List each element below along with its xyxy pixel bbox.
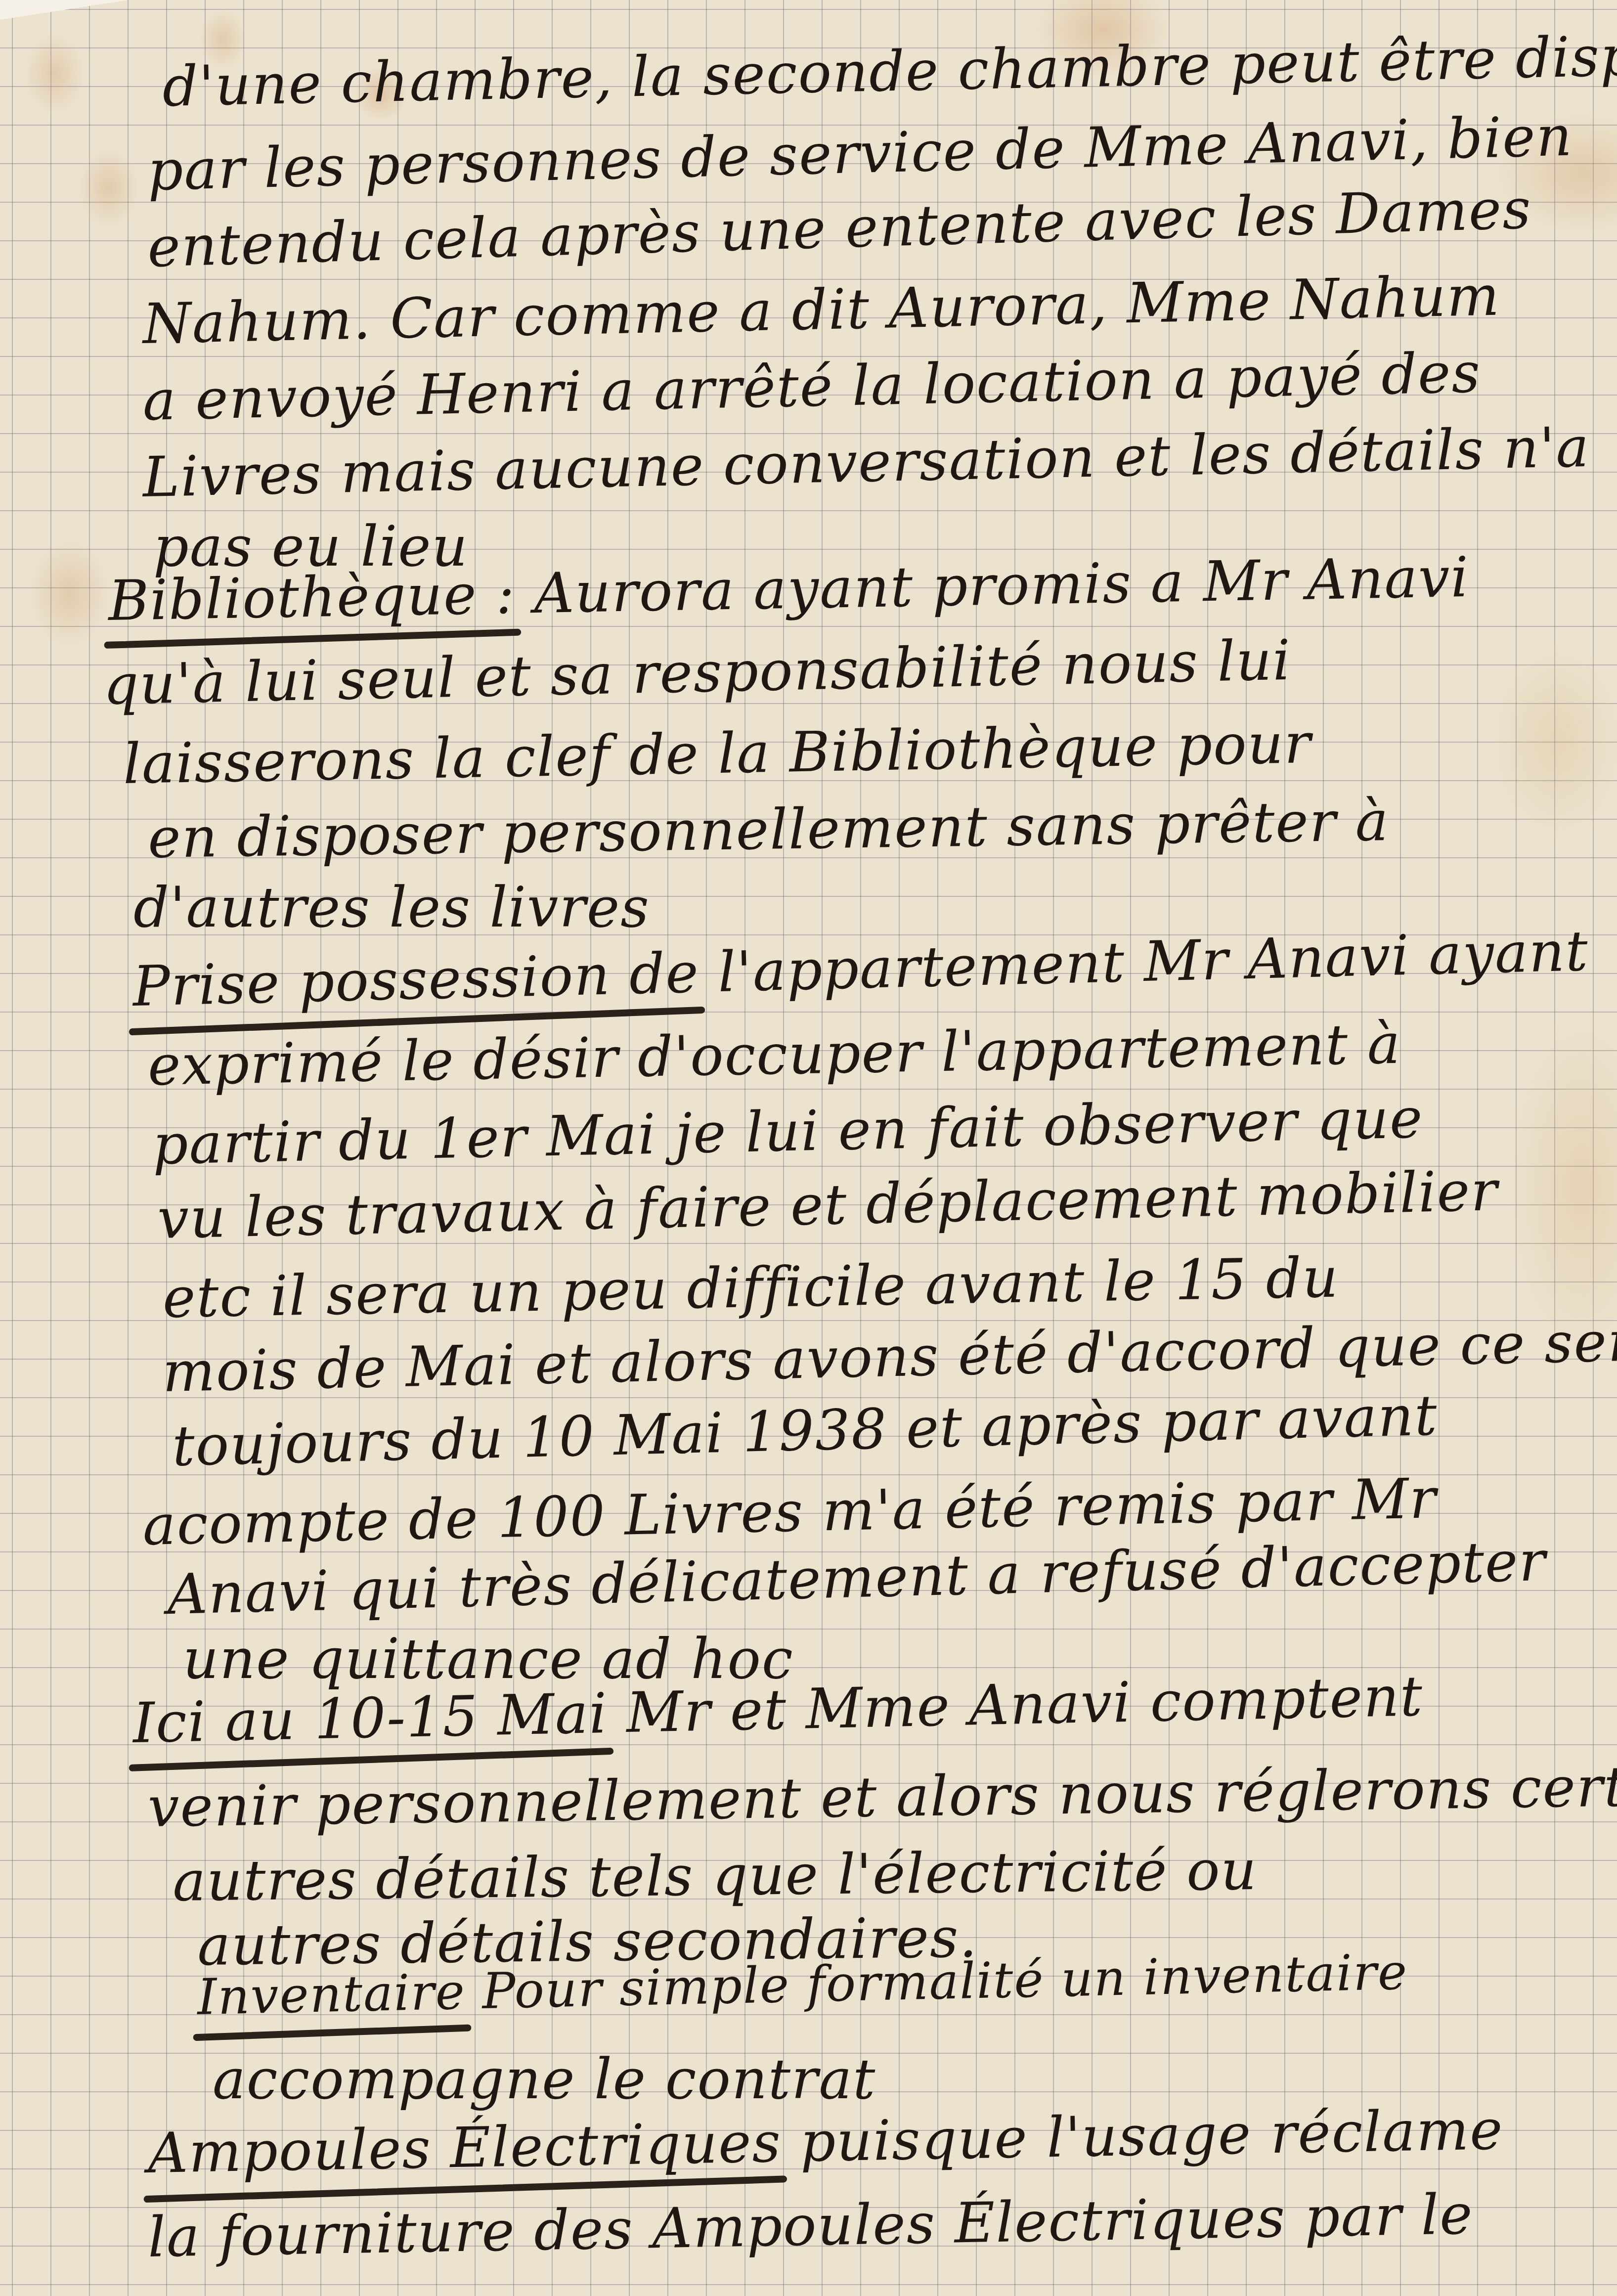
- line-text: Livres mais aucune conversation et les d…: [142, 415, 1590, 510]
- line-text: puisque l'usage réclame: [781, 2098, 1504, 2174]
- line-text: venir personnellement et alors nous régl…: [147, 1753, 1617, 1840]
- text-line: d'autres les livres: [133, 880, 650, 935]
- line-text: en disposer personnellement sans prêter …: [147, 789, 1390, 871]
- text-line: une quittance ad hoc: [183, 1632, 794, 1687]
- text-line: en disposer personnellement sans prêter …: [147, 794, 1390, 866]
- text-line: toujours du 10 Mai 1938 et après par ava…: [172, 1388, 1438, 1474]
- text-line: d'une chambre, la seconde chambre peut ê…: [162, 26, 1617, 115]
- section-ampoules-electriques: Ampoules Électriques puisque l'usage réc…: [147, 2102, 1504, 2181]
- line-text: a envoyé Henri a arrêté la location a pa…: [142, 341, 1482, 433]
- section-heading: Prise possession de: [132, 945, 700, 1015]
- text-line: Nahum. Car comme a dit Aurora, Mme Nahum: [142, 268, 1501, 352]
- line-text: partir du 1er Mai je lui en fait observe…: [152, 1086, 1424, 1177]
- text-line: la fourniture des Ampoules Électriques p…: [147, 2187, 1474, 2265]
- text-line: etc il sera un peu difficile avant le 15…: [162, 1250, 1339, 1326]
- text-line: partir du 1er Mai je lui en fait observe…: [152, 1091, 1424, 1173]
- torn-corner: [0, 0, 129, 20]
- line-text: Nahum. Car comme a dit Aurora, Mme Nahum: [142, 264, 1501, 356]
- text-line: accompagne le contrat: [213, 2052, 876, 2107]
- text-line: autres détails tels que l'électricité ou: [173, 1843, 1258, 1909]
- section-heading: Ampoules Électriques: [147, 2115, 782, 2181]
- line-text: d'une chambre, la seconde chambre peut ê…: [162, 22, 1617, 119]
- section-heading: Inventaire: [197, 1967, 466, 2022]
- line-text: l'appartement Mr Anavi ayant: [699, 919, 1589, 1005]
- section-heading: Bibliothèque :: [108, 567, 516, 629]
- line-text: Aurora ayant promis a Mr Anavi: [515, 545, 1470, 626]
- text-line: vu les travaux à faire et déplacement mo…: [157, 1163, 1499, 1247]
- text-line: Livres mais aucune conversation et les d…: [142, 420, 1591, 505]
- line-text: laisserons la clef de la Bibliothèque po…: [123, 711, 1312, 796]
- handwritten-letter-page: ​ d'une chambre, la seconde chambre peut…: [0, 0, 1617, 2296]
- text-line: venir personnellement et alors nous régl…: [147, 1758, 1617, 1835]
- text-line: exprimé le désir d'occuper l'appartement…: [147, 1016, 1401, 1094]
- text-line: qu'à lui seul et sa responsabilité nous …: [103, 633, 1292, 713]
- section-heading: Ici au 10-15 Mai: [132, 1686, 609, 1751]
- line-text: etc il sera un peu difficile avant le 15…: [162, 1245, 1340, 1330]
- text-line: laisserons la clef de la Bibliothèque po…: [123, 716, 1312, 792]
- line-text: d'autres les livres: [133, 876, 650, 940]
- line-text: autres détails tels que l'électricité ou: [173, 1838, 1258, 1914]
- line-text: accompagne le contrat: [213, 2047, 876, 2112]
- text-line: a envoyé Henri a arrêté la location a pa…: [142, 345, 1482, 429]
